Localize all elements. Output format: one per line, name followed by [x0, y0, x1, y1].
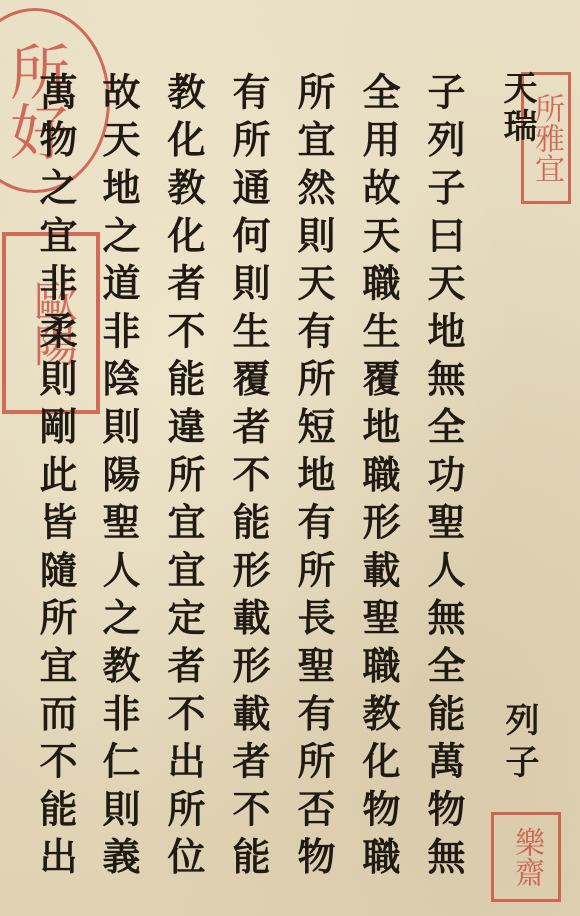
text-column-1: 子列子曰天地無全功聖人無全能萬物無 — [413, 72, 473, 885]
calligraphy-page: 所好 歐陽 所雅宜 樂齋 天瑞 子列子曰天地無全功聖人無全能萬物無 全用故天職生… — [0, 0, 580, 916]
column-text: 全用故天職生覆地職形載聖職教化物職 — [351, 72, 405, 885]
column-text: 所宜然則天有所短地有所長聖有所否物 — [286, 72, 340, 885]
column-text: 萬物之宜非柔則剛此皆隨所宜而不能出 — [28, 72, 82, 885]
text-column-4: 有所通何則生覆者不能形載形載者不能 — [218, 72, 278, 885]
text-column-3: 所宜然則天有所短地有所長聖有所否物 — [283, 72, 343, 885]
chapter-title: 天瑞 — [492, 70, 542, 149]
column-text: 子列子曰天地無全功聖人無全能萬物無 — [416, 72, 470, 885]
seal-text: 樂齋 — [511, 827, 541, 887]
text-column-2: 全用故天職生覆地職形載聖職教化物職 — [348, 72, 408, 885]
signature-text: 列子 — [497, 702, 541, 786]
title-char: 天瑞 — [495, 70, 539, 146]
square-seal-bottom-right: 樂齋 — [491, 812, 561, 902]
column-text: 故天地之道非陰則陽聖人之教非仁則義 — [91, 72, 145, 885]
author-signature: 列子 — [494, 702, 544, 789]
text-column-5: 教化教化者不能違所宜宜定者不出所位 — [153, 72, 213, 885]
text-column-6: 故天地之道非陰則陽聖人之教非仁則義 — [88, 72, 148, 885]
column-text: 教化教化者不能違所宜宜定者不出所位 — [156, 72, 210, 885]
column-text: 有所通何則生覆者不能形載形載者不能 — [221, 72, 275, 885]
text-column-7: 萬物之宜非柔則剛此皆隨所宜而不能出 — [25, 72, 85, 885]
